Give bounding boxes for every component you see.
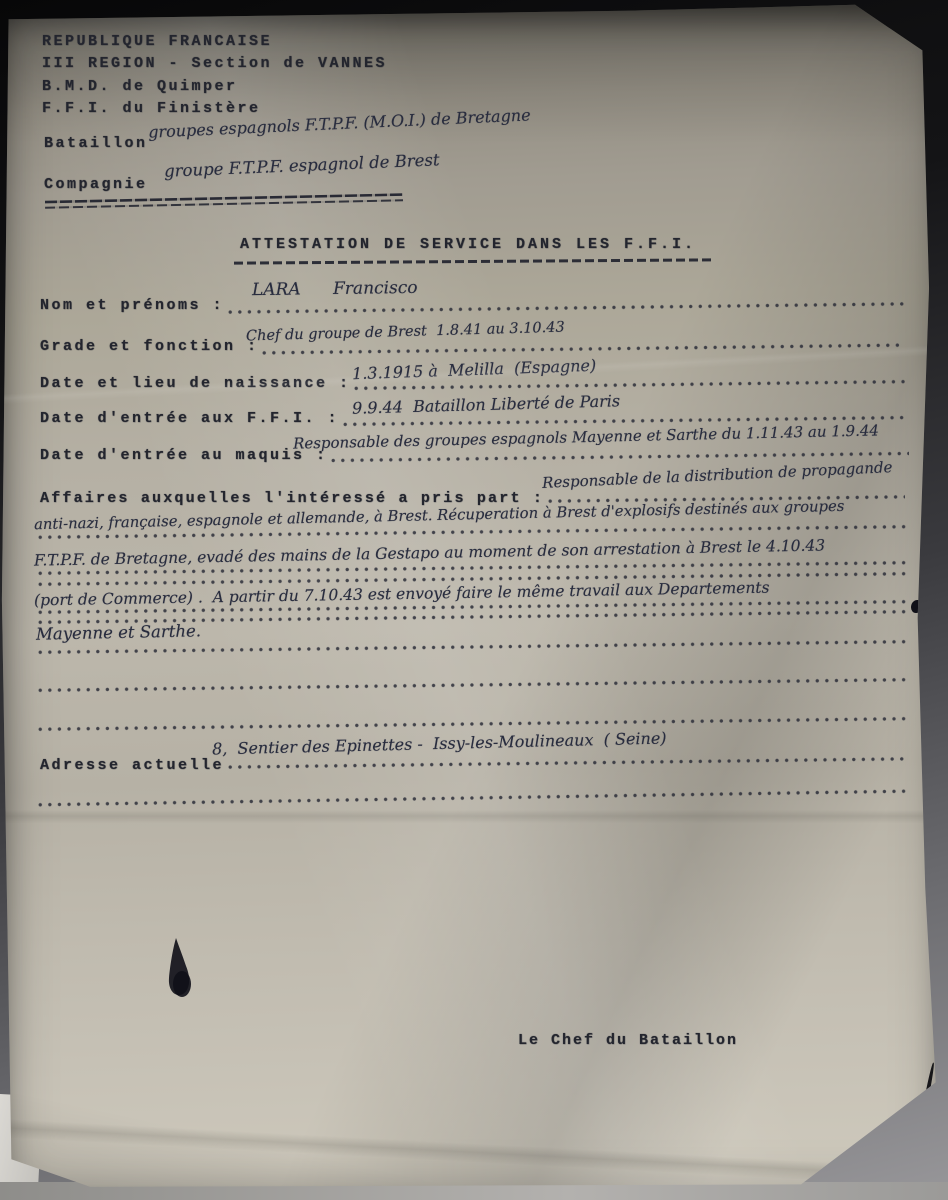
dotted-leader (354, 379, 905, 392)
field-label-entree-ffi: Date d'entrée aux F.F.I. : (40, 410, 339, 429)
field-value-entree-ffi-handwritten: 9.9.44 Bataillon Liberté de Paris (352, 391, 621, 417)
field-label-nom: Nom et prénoms : (40, 297, 224, 316)
field-value-naissance-handwritten: 1.3.1915 à Melilla (Espagne) (352, 356, 597, 384)
page-corner-shadow-mark (917, 1062, 936, 1139)
dotted-leader (38, 716, 906, 733)
compagnie-label: Compagnie (44, 176, 148, 195)
page-title: ATTESTATION DE SERVICE DANS LES F.F.I. (240, 236, 696, 255)
title-underline (234, 258, 714, 264)
ink-blot (158, 936, 202, 1014)
field-value-nom-handwritten: LARA Francisco (252, 278, 418, 300)
field-label-naissance: Date et lieu de naissance : (40, 375, 351, 394)
dotted-leader (38, 677, 906, 694)
signature-title: Le Chef du Bataillon (518, 1032, 738, 1051)
letterhead-double-rule (45, 193, 403, 209)
field-label-grade: Grade et fonction : (40, 338, 259, 357)
field-label-maquis: Date d'entrée au maquis : (40, 447, 328, 466)
dotted-leader (38, 788, 906, 808)
dotted-leader (38, 639, 906, 656)
document-page: REPUBLIQUE FRANCAISE III REGION - Sectio… (0, 0, 948, 1200)
letterhead-line-republique: REPUBLIQUE FRANCAISE (42, 33, 272, 52)
dotted-leader (228, 756, 905, 770)
letterhead-line-ffi: F.F.I. du Finistère (42, 100, 261, 119)
field-value-grade-handwritten: Chef du groupe de Brest 1.8.41 au 3.10.4… (246, 320, 565, 345)
field-value-affaires-handwritten: Responsable de la distribution de propag… (542, 458, 893, 492)
ink-spot-right-edge (911, 600, 922, 613)
dotted-leader (262, 342, 905, 356)
dotted-leader (228, 301, 905, 315)
letterhead-line-region: III REGION - Section de VANNES (42, 55, 387, 74)
compagnie-value-handwritten: groupe F.T.P.F. espagnol de Brest (164, 150, 440, 181)
bataillon-label: Bataillon (44, 135, 148, 154)
narrative-line-4-handwritten: Mayenne et Sarthe. (36, 621, 201, 643)
letterhead-line-bmd: B.M.D. de Quimper (42, 78, 238, 97)
address-value-handwritten: 8, Sentier des Epinettes - Issy-les-Moul… (212, 728, 667, 758)
address-label: Adresse actuelle (40, 757, 224, 776)
